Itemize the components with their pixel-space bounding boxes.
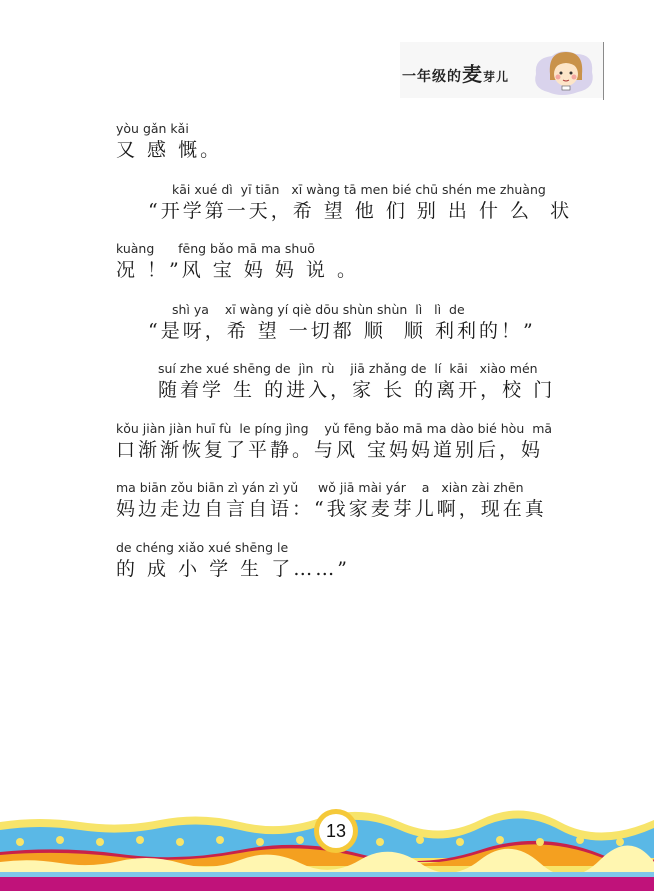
hanzi: 口渐渐恢复了平静。与风 宝妈妈道别后，妈	[116, 437, 552, 463]
title-part-2: 麦	[462, 62, 483, 86]
pinyin: yòu gǎn kǎi	[116, 121, 222, 137]
hanzi: 况 ！”风 宝 妈 妈 说 。	[116, 257, 359, 283]
pinyin: suí zhe xué shēng de jìn rù jiā zhǎng de…	[158, 361, 555, 377]
text-line-4: shì ya xī wàng yí qiè dōu shùn shùn lì l…	[148, 302, 536, 344]
pinyin: de chéng xiǎo xué shēng le	[116, 540, 350, 556]
hanzi: 又 感 慨。	[116, 137, 222, 163]
title-part-3: 芽儿	[483, 70, 509, 84]
text-line-5: suí zhe xué shēng de jìn rù jiā zhǎng de…	[158, 361, 555, 403]
girl-character-icon	[532, 44, 598, 98]
hanzi: 随着学 生 的进入，家 长 的离开，校 门	[158, 377, 555, 403]
header-divider	[603, 42, 604, 100]
text-line-1: yòu gǎn kǎi 又 感 慨。	[116, 121, 222, 163]
text-line-8: de chéng xiǎo xué shēng le 的 成 小 学 生 了………	[116, 540, 350, 582]
page-number: 13	[313, 812, 359, 850]
pinyin: kāi xué dì yī tiān xī wàng tā men bié ch…	[148, 182, 572, 198]
text-line-7: ma biān zǒu biān zì yán zì yǔ wǒ jiā mài…	[116, 480, 547, 522]
pinyin: shì ya xī wàng yí qiè dōu shùn shùn lì l…	[148, 302, 536, 318]
pinyin: kuàng fēng bǎo mā ma shuō	[116, 241, 359, 257]
title-part-1: 一年级的	[402, 69, 462, 85]
hanzi: 的 成 小 学 生 了……”	[116, 556, 350, 582]
text-line-6: kǒu jiàn jiàn huī fù le píng jìng yǔ fēn…	[116, 421, 552, 463]
hanzi: 妈边走边自言自语：“我家麦芽儿啊，现在真	[116, 496, 547, 522]
book-title: 一年级的麦芽儿	[402, 58, 509, 87]
pinyin: kǒu jiàn jiàn huī fù le píng jìng yǔ fēn…	[116, 421, 552, 437]
pinyin: ma biān zǒu biān zì yán zì yǔ wǒ jiā mài…	[116, 480, 547, 496]
text-line-3: kuàng fēng bǎo mā ma shuō 况 ！”风 宝 妈 妈 说 …	[116, 241, 359, 283]
hanzi: “是呀，希 望 一切都 顺 顺 利利的！”	[148, 318, 536, 344]
text-line-2: kāi xué dì yī tiān xī wàng tā men bié ch…	[148, 182, 572, 224]
hanzi: “开学第一天，希 望 他 们 别 出 什 么 状	[148, 198, 572, 224]
